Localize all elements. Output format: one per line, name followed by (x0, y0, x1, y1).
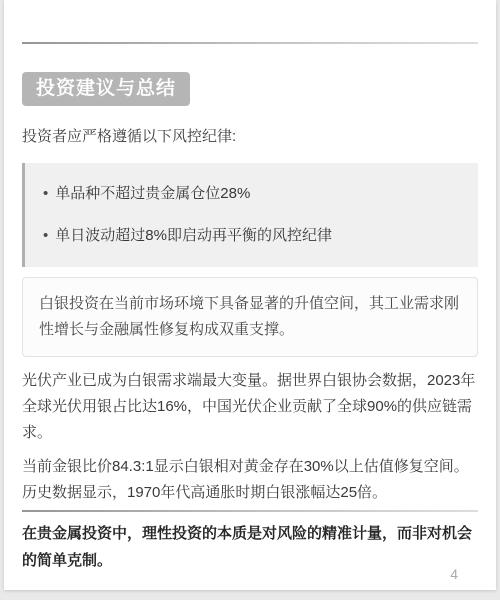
paragraph-gold-silver-ratio: 当前金银比价84.3:1显示白银相对黄金存在30%以上估值修复空间。历史数据显示… (22, 454, 478, 506)
risk-rule-text: 单日波动超过8%即启动再平衡的风控纪律 (55, 225, 332, 247)
highlight-note-box: 白银投资在当前市场环境下具备显著的升值空间，其工业需求刚性增长与金融属性修复构成… (22, 277, 478, 357)
bullet-icon: • (43, 225, 48, 247)
risk-rules-box: • 单品种不超过贵金属仓位28% • 单日波动超过8%即启动再平衡的风控纪律 (22, 163, 478, 267)
conclusion-text: 在贵金属投资中，理性投资的本质是对风险的精准计量，而非对机会的简单克制。 (22, 520, 478, 574)
paragraph-pv-demand: 光伏产业已成为白银需求端最大变量。据世界白银协会数据，2023年全球光伏用银占比… (22, 368, 478, 446)
risk-rule-text: 单品种不超过贵金属仓位28% (55, 183, 250, 205)
document-page: 投资建议与总结 投资者应严格遵循以下风控纪律: • 单品种不超过贵金属仓位28%… (4, 0, 496, 590)
page-number: 4 (450, 566, 458, 582)
section-title-badge: 投资建议与总结 (22, 72, 190, 106)
bullet-icon: • (43, 183, 48, 205)
page-content: 投资建议与总结 投资者应严格遵循以下风控纪律: • 单品种不超过贵金属仓位28%… (4, 0, 496, 574)
list-item: • 单品种不超过贵金属仓位28% (43, 183, 460, 205)
top-divider (22, 42, 478, 44)
list-item: • 单日波动超过8%即启动再平衡的风控纪律 (43, 225, 460, 247)
intro-text: 投资者应严格遵循以下风控纪律: (22, 126, 478, 148)
bottom-divider (22, 510, 478, 512)
